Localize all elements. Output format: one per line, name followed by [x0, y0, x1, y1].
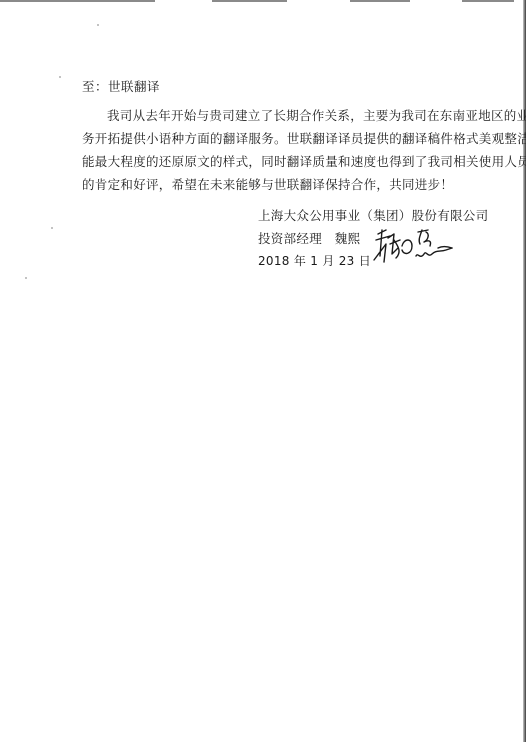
scan-speck	[51, 227, 53, 229]
scan-edge-artifact	[0, 0, 155, 2]
scan-speck	[59, 76, 61, 78]
body-line: 的肯定和好评，希望在未来能够与世联翻译保持合作，共同进步！	[82, 173, 482, 196]
company-name: 上海大众公用事业（集团）股份有限公司	[258, 204, 488, 227]
body-line: 务开拓提供小语种方面的翻译服务。世联翻译译员提供的翻译稿件格式美观整洁，	[82, 127, 482, 150]
body-line: 能最大程度的还原原文的样式，同时翻译质量和速度也得到了我司相关使用人员	[82, 150, 482, 173]
letter-paragraph: 我司从去年开始与贵司建立了长期合作关系，主要为我司在东南亚地区的业 务开拓提供小…	[82, 104, 482, 196]
scan-edge-artifact	[462, 0, 514, 2]
scan-edge-artifact	[212, 0, 287, 2]
scan-speck	[25, 277, 27, 279]
scanned-letter-page: 至：世联翻译 我司从去年开始与贵司建立了长期合作关系，主要为我司在东南亚地区的业…	[0, 0, 526, 742]
scan-edge-artifact	[350, 0, 410, 2]
letter-salutation: 至：世联翻译	[82, 77, 160, 95]
scan-speck	[97, 24, 99, 26]
letter-body: 我司从去年开始与贵司建立了长期合作关系，主要为我司在东南亚地区的业 务开拓提供小…	[82, 104, 482, 196]
handwritten-signature-icon	[372, 226, 456, 266]
body-line: 我司从去年开始与贵司建立了长期合作关系，主要为我司在东南亚地区的业	[82, 104, 482, 127]
